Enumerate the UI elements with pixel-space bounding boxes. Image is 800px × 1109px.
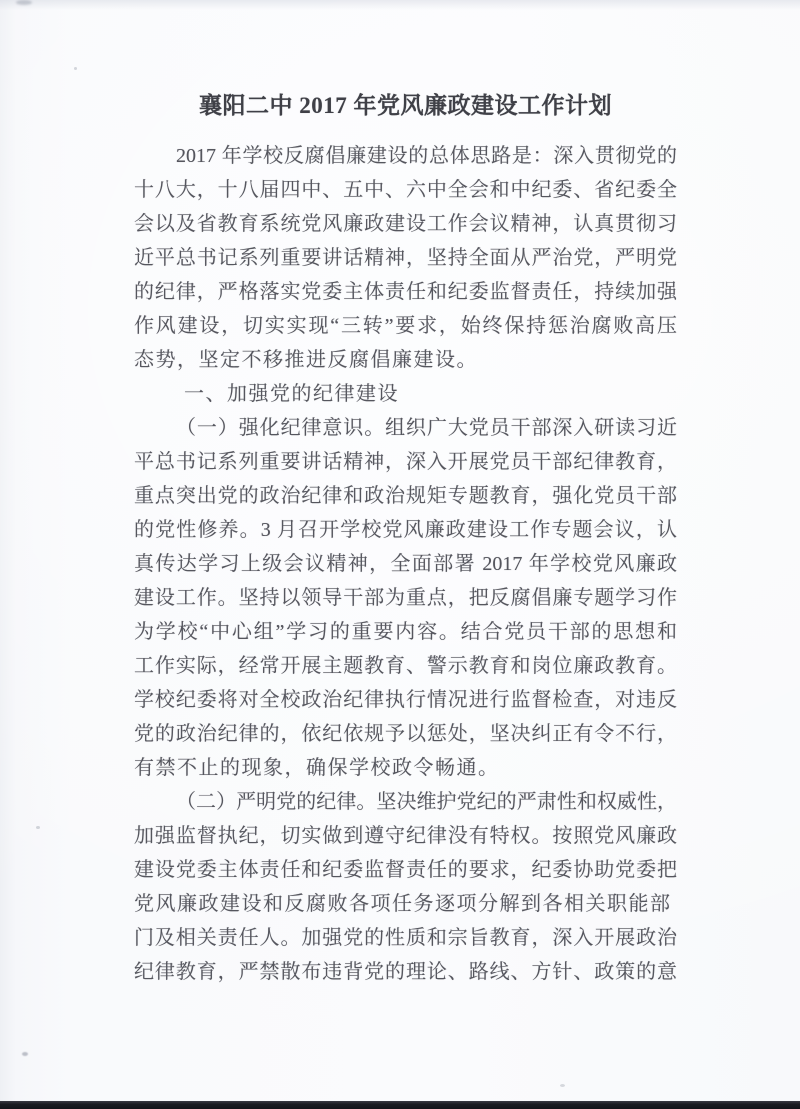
scan-speck [22, 1052, 28, 1056]
text-line: 一、加强党的纪律建设 [134, 377, 677, 411]
text-line: 党的政治纪律的，依纪依规予以惩处，坚决纠正有令不行， [134, 717, 677, 751]
scan-speck [16, 0, 32, 5]
text-line: 门及相关责任人。加强党的性质和宗旨教育，深入开展政治 [134, 921, 677, 955]
text-line: 2017 年学校反腐倡廉建设的总体思路是：深入贯彻党的 [134, 139, 677, 173]
text-line: 真传达学习上级会议精神，全面部署 2017 年学校党风廉政 [134, 547, 677, 581]
text-line: 学校纪委将对全校政治纪律执行情况进行监督检查，对违反 [134, 683, 677, 717]
text-line: （一）强化纪律意识。组织广大党员干部深入研读习近 [134, 411, 677, 445]
text-line: 建设工作。坚持以领导干部为重点，把反腐倡廉专题学习作 [134, 581, 677, 615]
scan-speck [36, 826, 40, 829]
text-line: 十八大，十八届四中、五中、六中全会和中纪委、省纪委全 [134, 173, 677, 207]
text-line: 党风廉政建设和反腐败各项任务逐项分解到各相关职能部 [134, 887, 677, 921]
text-line: 建设党委主体责任和纪委监督责任的要求，纪委协助党委把 [134, 853, 677, 887]
text-line: 的纪律，严格落实党委主体责任和纪委监督责任，持续加强 [134, 275, 677, 309]
text-line: 近平总书记系列重要讲话精神，坚持全面从严治党，严明党 [134, 241, 677, 275]
text-line: （二）严明党的纪律。坚决维护党纪的严肃性和权威性， [134, 785, 677, 819]
text-line: 重点突出党的政治纪律和政治规矩专题教育，强化党员干部 [134, 479, 677, 513]
document-body: 2017 年学校反腐倡廉建设的总体思路是：深入贯彻党的十八大，十八届四中、五中、… [134, 139, 677, 989]
text-line: 加强监督执纪，切实做到遵守纪律没有特权。按照党风廉政 [134, 819, 677, 853]
text-line: 为学校“中心组”学习的重要内容。结合党员干部的思想和 [134, 615, 677, 649]
text-line: 的党性修养。3 月召开学校党风廉政建设工作专题会议，认 [134, 513, 677, 547]
text-line: 工作实际，经常开展主题教育、警示教育和岗位廉政教育。 [134, 649, 677, 683]
paragraph: 2017 年学校反腐倡廉建设的总体思路是：深入贯彻党的十八大，十八届四中、五中、… [134, 139, 677, 377]
text-line: 有禁不止的现象，确保学校政令畅通。 [134, 751, 677, 785]
scan-speck [560, 1084, 565, 1087]
document-title: 襄阳二中 2017 年党风廉政建设工作计划 [134, 90, 677, 122]
scan-bottom-edge-bar [0, 1101, 800, 1109]
scan-top-edge-shadow [0, 0, 800, 10]
paragraph: （一）强化纪律意识。组织广大党员干部深入研读习近平总书记系列重要讲话精神，深入开… [134, 411, 677, 785]
paragraph: （二）严明党的纪律。坚决维护党纪的严肃性和权威性，加强监督执纪，切实做到遵守纪律… [134, 785, 677, 989]
scan-speck [74, 67, 77, 70]
section-heading: 一、加强党的纪律建设 [134, 377, 677, 411]
text-line: 会以及省教育系统党风廉政建设工作会议精神，认真贯彻习 [134, 207, 677, 241]
text-line: 纪律教育，严禁散布违背党的理论、路线、方针、政策的意 [134, 955, 677, 989]
scanned-document-page: 襄阳二中 2017 年党风廉政建设工作计划 2017 年学校反腐倡廉建设的总体思… [0, 0, 800, 1109]
text-line: 作风建设，切实实现“三转”要求，始终保持惩治腐败高压 [134, 309, 677, 343]
text-line: 平总书记系列重要讲话精神，深入开展党员干部纪律教育， [134, 445, 677, 479]
text-line: 态势，坚定不移推进反腐倡廉建设。 [134, 343, 677, 377]
